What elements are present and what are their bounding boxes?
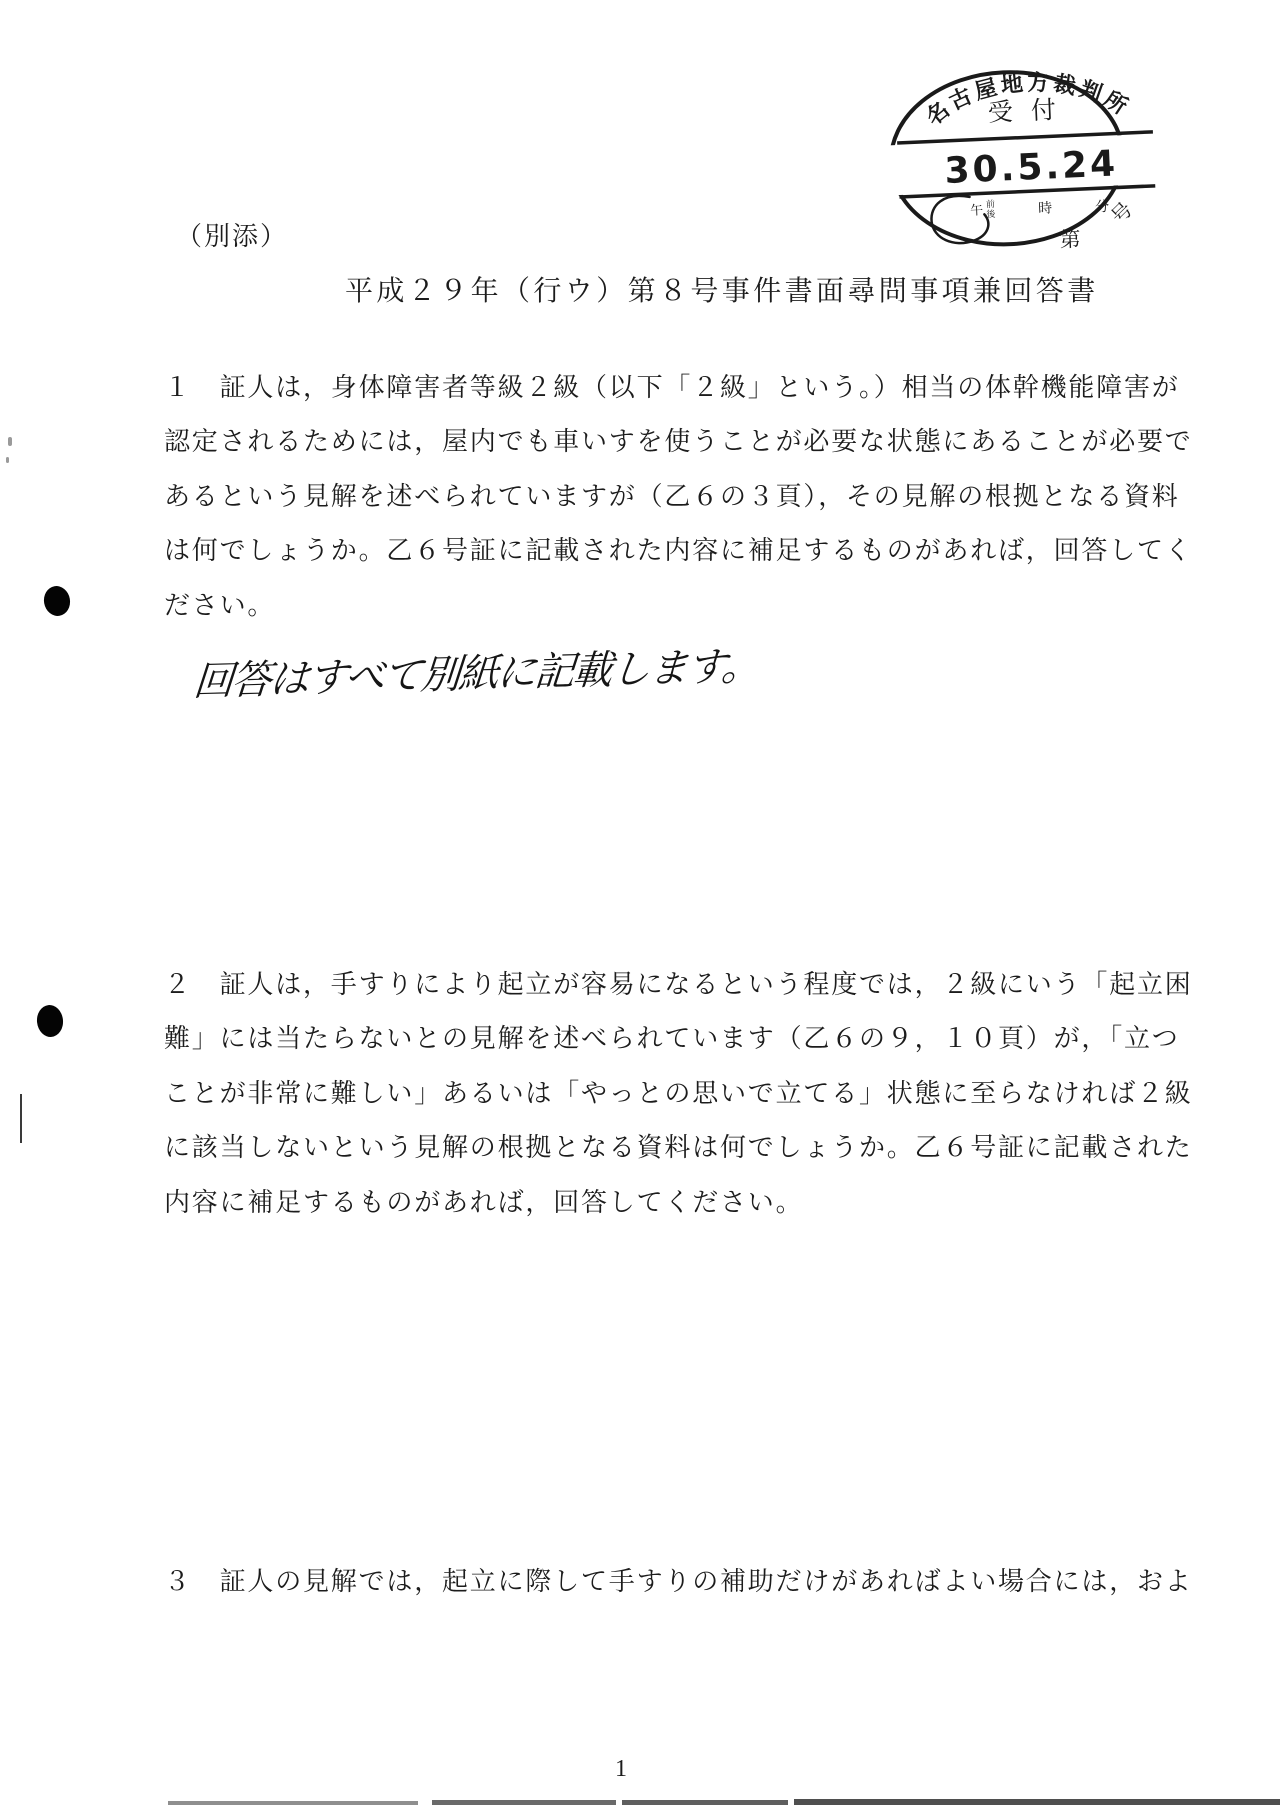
scan-speck bbox=[6, 457, 9, 463]
scan-bottom-edge bbox=[168, 1801, 418, 1805]
question-2: ２ 証人は，手すりにより起立が容易になるという程度では，２級にいう「起立困 難」… bbox=[164, 958, 1193, 1230]
question-1-line-3: あるという見解を述べられていますが（乙６の３頁），その見解の根拠となる資料 bbox=[164, 470, 1193, 524]
scan-speck bbox=[8, 437, 12, 446]
court-receipt-stamp: 名古屋地方裁判所 受付 30.5.24 午 前 後 時 分 第 号 bbox=[864, 54, 1162, 266]
attachment-label: （別添） bbox=[176, 216, 288, 253]
question-2-line-5: 内容に補足するものがあれば，回答してください。 bbox=[164, 1176, 1193, 1230]
stamp-am-label: 前 bbox=[986, 198, 995, 209]
stamp-number-suffix: 号 bbox=[1107, 198, 1137, 228]
page-number: 1 bbox=[615, 1756, 627, 1783]
stamp-date: 30.5.24 bbox=[944, 143, 1119, 192]
document-title: 平成２９年（行ウ）第８号事件書面尋問事項兼回答書 bbox=[345, 269, 1099, 309]
scan-bottom-edge bbox=[432, 1800, 616, 1805]
question-1-line-5: ださい。 bbox=[164, 579, 1193, 633]
question-1-line-1: １ 証人は，身体障害者等級２級（以下「２級」という。）相当の体幹機能障害が bbox=[164, 361, 1193, 415]
handwritten-answer-note: 回答はすべて別紙に記載します。 bbox=[192, 634, 762, 707]
question-3-line-1: ３ 証人の見解では，起立に際して手すりの補助だけがあればよい場合には，およ bbox=[164, 1555, 1193, 1609]
question-2-line-2: 難」には当たらないとの見解を述べられています（乙６の９，１０頁）が，「立つ bbox=[164, 1012, 1193, 1066]
stamp-received-label: 受付 bbox=[987, 95, 1074, 127]
question-1-line-2: 認定されるためには，屋内でも車いすを使うことが必要な状態にあることが必要で bbox=[164, 415, 1193, 469]
stamp-noon-label: 午 bbox=[970, 202, 984, 218]
binding-hole-mark bbox=[35, 1004, 64, 1039]
question-2-line-3: ことが非常に難しい」あるいは「やっとの思いで立てる」状態に至らなければ２級 bbox=[164, 1067, 1193, 1121]
question-1: １ 証人は，身体障害者等級２級（以下「２級」という。）相当の体幹機能障害が 認定… bbox=[164, 361, 1193, 633]
question-1-line-4: は何でしょうか。乙６号証に記載された内容に補足するものがあれば，回答してく bbox=[164, 524, 1193, 578]
scan-artifact-line bbox=[20, 1094, 22, 1143]
binding-hole-mark bbox=[42, 584, 73, 618]
scan-bottom-edge bbox=[622, 1800, 788, 1805]
question-2-line-4: に該当しないという見解の根拠となる資料は何でしょうか。乙６号証に記載された bbox=[164, 1121, 1193, 1175]
stamp-number-prefix: 第 bbox=[1059, 227, 1081, 252]
question-3: ３ 証人の見解では，起立に際して手すりの補助だけがあればよい場合には，およ bbox=[164, 1555, 1193, 1609]
scan-bottom-edge bbox=[794, 1799, 1280, 1805]
question-2-line-1: ２ 証人は，手すりにより起立が容易になるという程度では，２級にいう「起立困 bbox=[164, 958, 1193, 1012]
stamp-hour-label: 時 bbox=[1038, 199, 1053, 217]
